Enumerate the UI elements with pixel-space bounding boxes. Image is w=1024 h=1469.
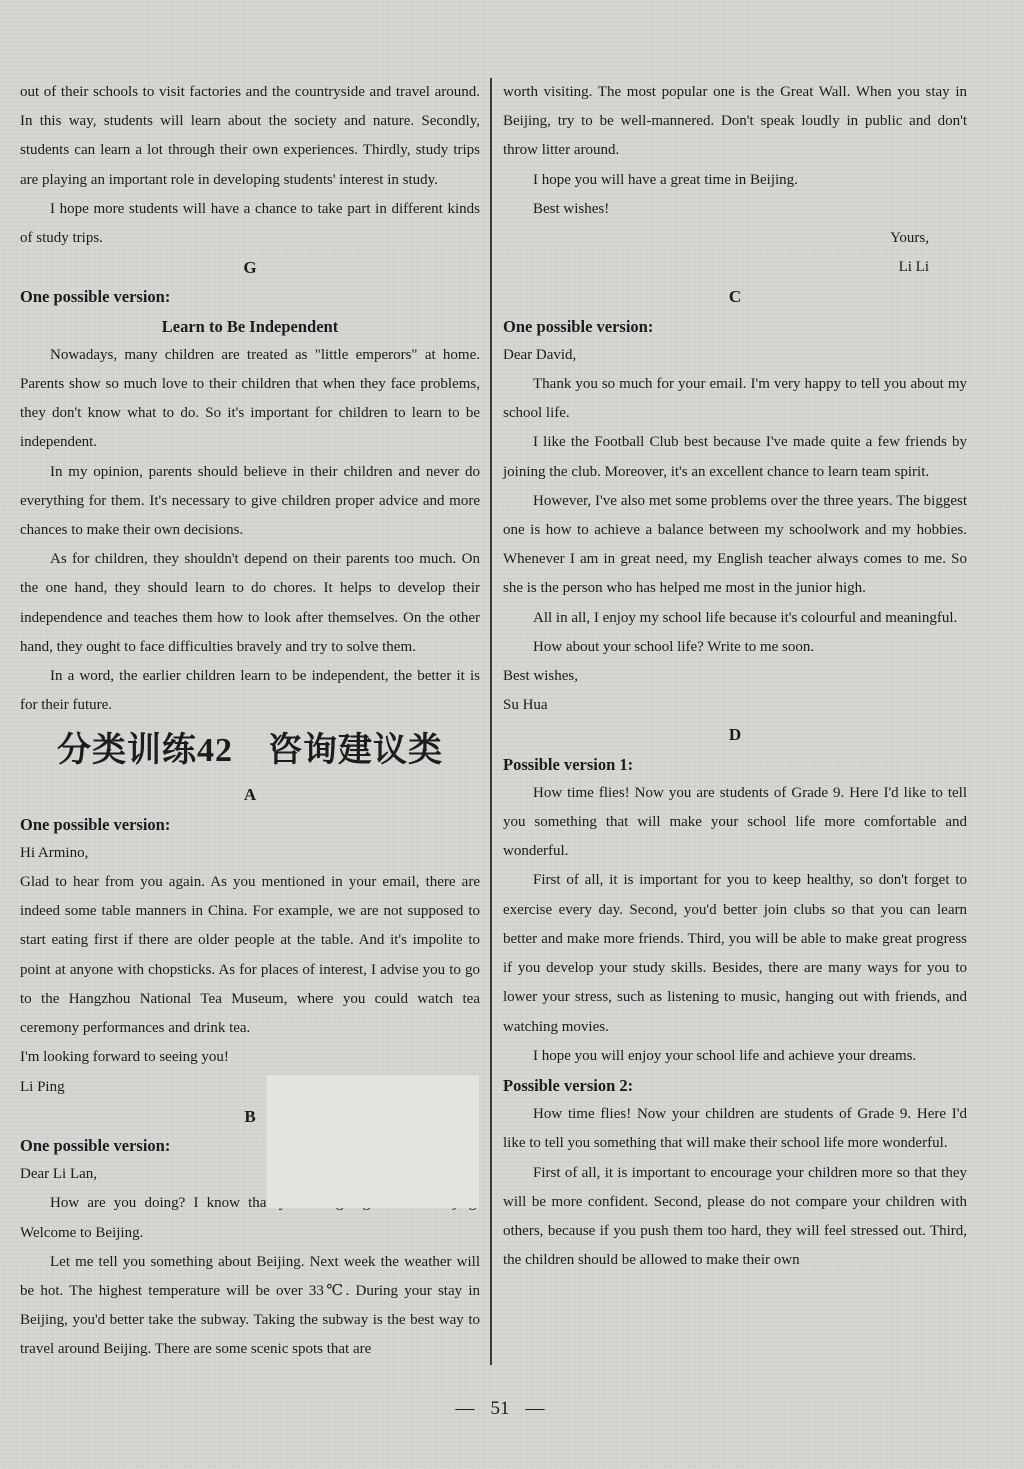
- footer-dash-left: —: [456, 1398, 475, 1419]
- section-letter: D: [503, 720, 967, 749]
- paragraph: How time flies! Now you are students of …: [503, 779, 967, 867]
- paragraph: In a word, the earlier children learn to…: [20, 662, 480, 720]
- section-letter: C: [503, 282, 967, 311]
- section-letter: A: [20, 780, 480, 809]
- paragraph: Let me tell you something about Beijing.…: [20, 1248, 480, 1365]
- paragraph: First of all, it is important to encoura…: [503, 1159, 967, 1276]
- paragraph: I hope you will have a great time in Bei…: [503, 166, 967, 195]
- right-column: worth visiting. The most popular one is …: [503, 78, 967, 1365]
- paragraph: As for children, they shouldn't depend o…: [20, 545, 480, 662]
- paragraph: Su Hua: [503, 691, 967, 720]
- footer-dash-right: —: [526, 1398, 545, 1419]
- paragraph: However, I've also met some problems ove…: [503, 487, 967, 604]
- signature: Yours,: [503, 224, 967, 253]
- paragraph: I hope you will enjoy your school life a…: [503, 1042, 967, 1071]
- version-label: Possible version 1:: [503, 750, 967, 779]
- paragraph: Dear David,: [503, 341, 967, 370]
- paragraph: I like the Football Club best because I'…: [503, 428, 967, 486]
- column-divider: [490, 78, 492, 1365]
- paragraph: In my opinion, parents should believe in…: [20, 458, 480, 546]
- paragraph: Best wishes,: [503, 662, 967, 691]
- paragraph: How time flies! Now your children are st…: [503, 1100, 967, 1158]
- paragraph: I hope more students will have a chance …: [20, 195, 480, 253]
- section-letter: G: [20, 253, 480, 282]
- scanned-answer-page: out of their schools to visit factories …: [0, 0, 1024, 1469]
- page-number: 51: [491, 1398, 510, 1419]
- page-footer: —51—: [0, 1398, 1000, 1420]
- scan-blank-patch: [267, 1075, 479, 1208]
- version-label: Possible version 2:: [503, 1071, 967, 1100]
- paragraph: Thank you so much for your email. I'm ve…: [503, 370, 967, 428]
- paragraph: Glad to hear from you again. As you ment…: [20, 868, 480, 1043]
- paragraph: I'm looking forward to seeing you!: [20, 1043, 480, 1072]
- text-columns: out of their schools to visit factories …: [0, 78, 1024, 1365]
- chapter-title: 分类训练42 咨询建议类: [20, 722, 480, 780]
- version-label: One possible version:: [20, 282, 480, 311]
- version-label: One possible version:: [20, 810, 480, 839]
- paragraph: First of all, it is important for you to…: [503, 866, 967, 1041]
- paragraph: How about your school life? Write to me …: [503, 633, 967, 662]
- paragraph: Nowadays, many children are treated as "…: [20, 341, 480, 458]
- paragraph: All in all, I enjoy my school life becau…: [503, 604, 967, 633]
- version-label: One possible version:: [503, 312, 967, 341]
- paragraph: worth visiting. The most popular one is …: [503, 78, 967, 166]
- paragraph: Hi Armino,: [20, 839, 480, 868]
- paragraph: Best wishes!: [503, 195, 967, 224]
- paragraph: out of their schools to visit factories …: [20, 78, 480, 195]
- essay-title: Learn to Be Independent: [20, 312, 480, 341]
- signature-name: Li Li: [503, 253, 967, 282]
